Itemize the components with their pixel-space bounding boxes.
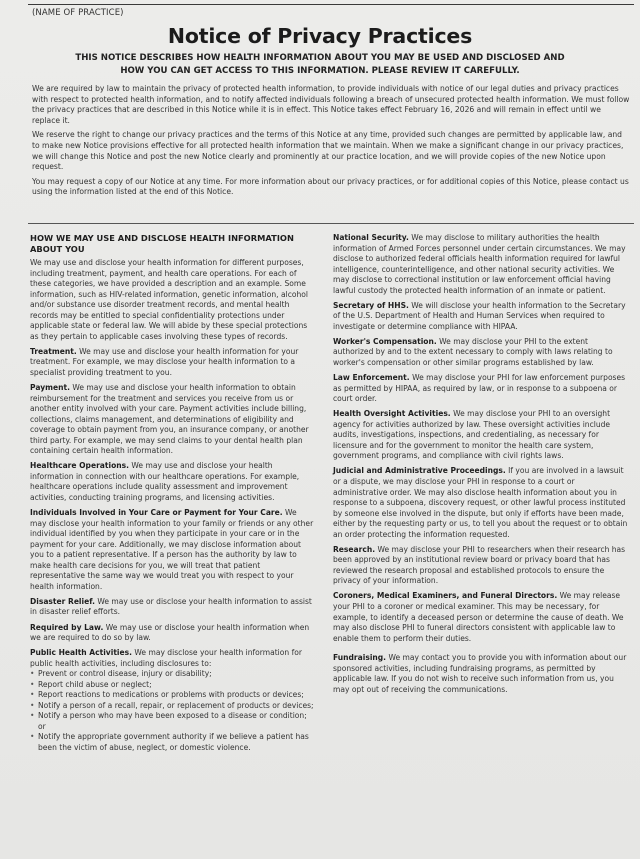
section-body: We may use and disclose your health info… [30, 383, 309, 455]
section-title: Health Oversight Activities. [333, 409, 451, 418]
section-title: Law Enforcement. [333, 373, 410, 382]
bullet-item: Notify a person who may have been expose… [30, 711, 314, 732]
section-title: Treatment. [30, 347, 77, 356]
section-research: Research. We may disclose your PHI to re… [333, 545, 629, 587]
subtitle-line-2: HOW YOU CAN GET ACCESS TO THIS INFORMATI… [40, 65, 600, 78]
intro-section: We are required by law to maintain the p… [32, 84, 630, 202]
right-column: National Security. We may disclose to mi… [333, 233, 629, 700]
section-title: Fundraising. [333, 653, 386, 662]
notice-subtitle: THIS NOTICE DESCRIBES HOW HEALTH INFORMA… [40, 52, 600, 77]
section-body: We may disclose your PHI to researchers … [333, 545, 625, 586]
section-body: We may disclose your health information … [30, 508, 313, 591]
privacy-notice-page: (NAME OF PRACTICE) Notice of Privacy Pra… [0, 0, 640, 859]
section-judicial-proceedings: Judicial and Administrative Proceedings.… [333, 466, 629, 540]
section-healthcare-operations: Healthcare Operations. We may use and di… [30, 461, 314, 503]
public-health-bullet-list: Prevent or control disease, injury or di… [30, 669, 314, 753]
intro-paragraph-changes: We reserve the right to change our priva… [32, 130, 630, 172]
section-required-by-law: Required by Law. We may use or disclose … [30, 623, 314, 644]
page-title: Notice of Privacy Practices [0, 24, 640, 48]
section-fundraising: Fundraising. We may contact you to provi… [333, 653, 629, 695]
section-secretary-hhs: Secretary of HHS. We will disclose your … [333, 301, 629, 333]
intro-paragraph-legal-duties: We are required by law to maintain the p… [32, 84, 630, 126]
section-title: Individuals Involved in Your Care or Pay… [30, 508, 283, 517]
section-title: Coroners, Medical Examiners, and Funeral… [333, 591, 557, 600]
section-title: Secretary of HHS. [333, 301, 409, 310]
section-title: Public Health Activities. [30, 648, 132, 657]
top-divider [28, 4, 634, 5]
section-payment: Payment. We may use and disclose your he… [30, 383, 314, 457]
section-treatment: Treatment. We may use and disclose your … [30, 347, 314, 379]
section-title: Disaster Relief. [30, 597, 95, 606]
section-title: National Security. [333, 233, 409, 242]
subtitle-line-1: THIS NOTICE DESCRIBES HOW HEALTH INFORMA… [40, 52, 600, 65]
section-health-oversight: Health Oversight Activities. We may disc… [333, 409, 629, 462]
section-title: Payment. [30, 383, 70, 392]
bullet-item: Notify a person of a recall, repair, or … [30, 701, 314, 712]
section-body: We may disclose to military authorities … [333, 233, 626, 295]
section-body: If you are involved in a lawsuit or a di… [333, 466, 627, 538]
section-title: Worker's Compensation. [333, 337, 437, 346]
section-individuals-involved: Individuals Involved in Your Care or Pay… [30, 508, 314, 592]
practice-name-placeholder: (NAME OF PRACTICE) [32, 8, 124, 18]
bullet-item: Report child abuse or neglect; [30, 680, 314, 691]
section-disaster-relief: Disaster Relief. We may use or disclose … [30, 597, 314, 618]
section-heading-uses-disclosures: HOW WE MAY USE AND DISCLOSE HEALTH INFOR… [30, 233, 314, 255]
section-coroners: Coroners, Medical Examiners, and Funeral… [333, 591, 629, 644]
section-title: Healthcare Operations. [30, 461, 129, 470]
bullet-item: Prevent or control disease, injury or di… [30, 669, 314, 680]
section-title: Required by Law. [30, 623, 103, 632]
bullet-item: Report reactions to medications or probl… [30, 690, 314, 701]
section-law-enforcement: Law Enforcement. We may disclose your PH… [333, 373, 629, 405]
section-national-security: National Security. We may disclose to mi… [333, 233, 629, 296]
bullet-item: Notify the appropriate government author… [30, 732, 314, 753]
uses-overview: We may use and disclose your health info… [30, 258, 314, 342]
section-workers-compensation: Worker's Compensation. We may disclose y… [333, 337, 629, 369]
left-column: HOW WE MAY USE AND DISCLOSE HEALTH INFOR… [30, 233, 314, 754]
section-title: Research. [333, 545, 375, 554]
section-divider [28, 223, 634, 224]
section-public-health: Public Health Activities. We may disclos… [30, 648, 314, 669]
intro-paragraph-copies: You may request a copy of our Notice at … [32, 177, 630, 198]
section-title: Judicial and Administrative Proceedings. [333, 466, 506, 475]
